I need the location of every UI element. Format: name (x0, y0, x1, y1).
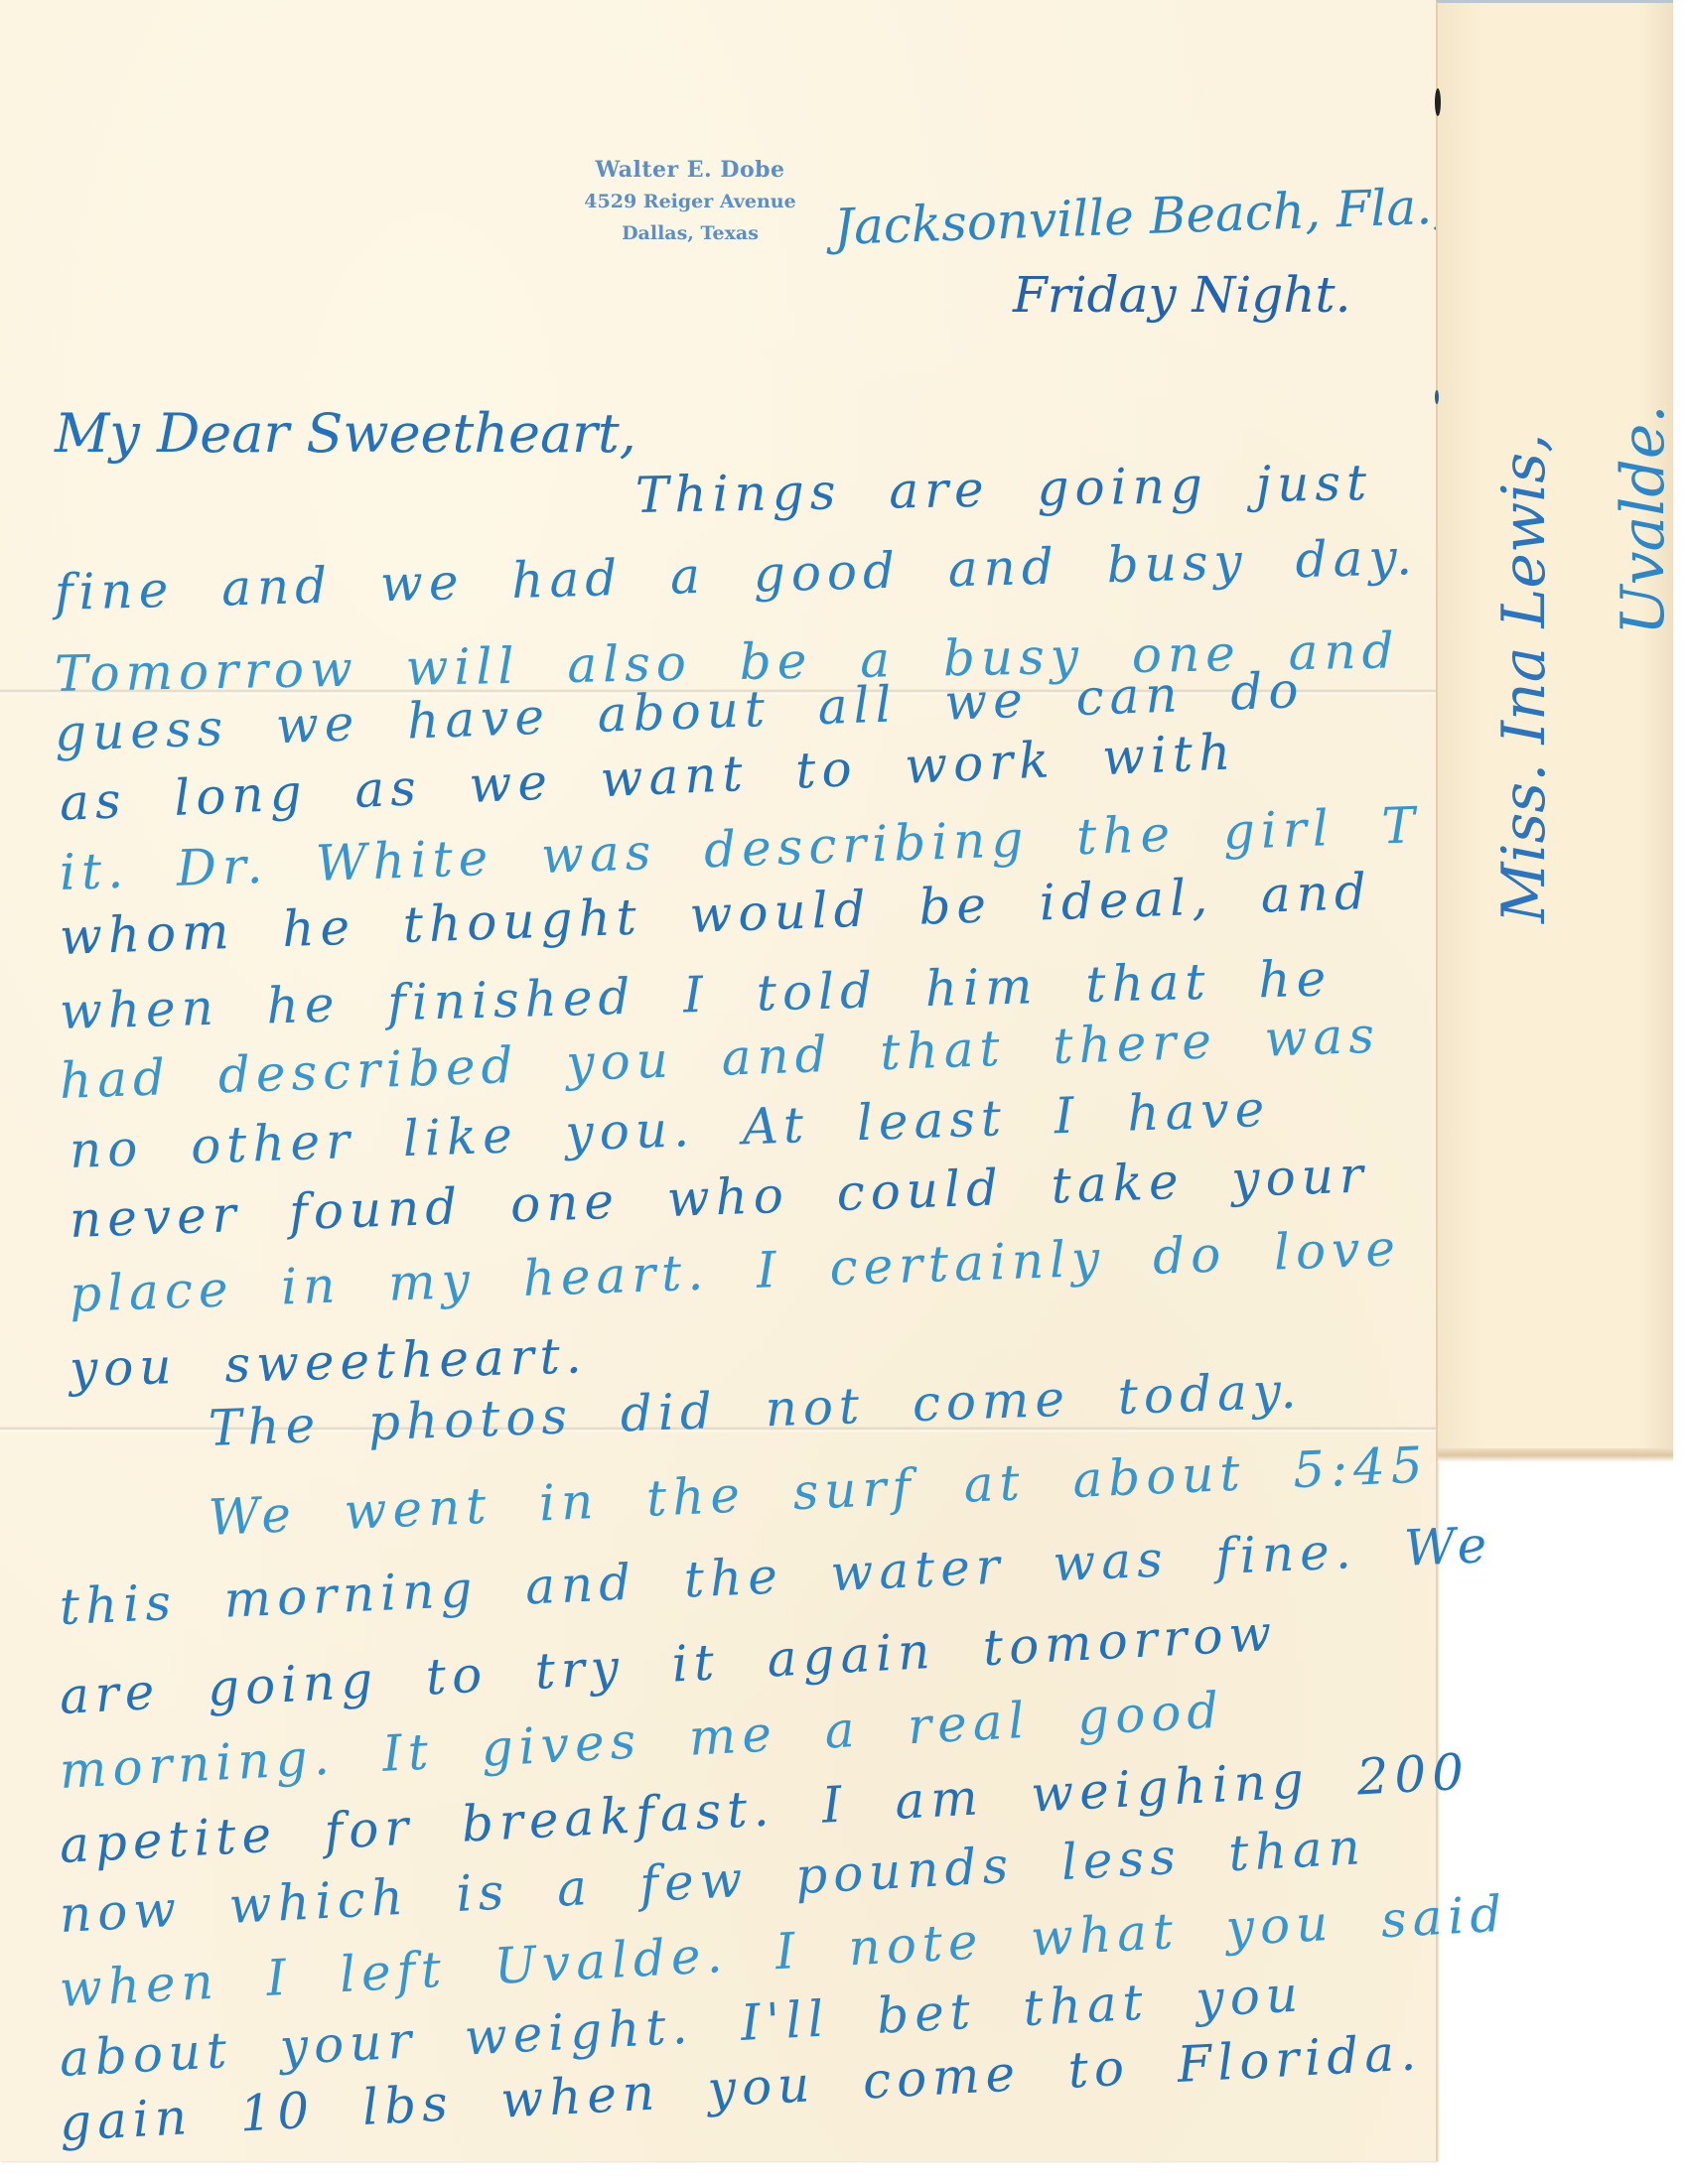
letterhead-name: Walter E. Dobe (561, 154, 819, 186)
body-line: you sweetheart. (69, 1326, 588, 1398)
letter-day: Friday Night. (1013, 266, 1350, 324)
recipient-town: Uvalde. (1609, 405, 1678, 635)
ink-blot (1435, 88, 1441, 116)
ink-mark (1435, 390, 1439, 404)
salutation: My Dear Sweetheart, (55, 402, 636, 465)
recipient-name: Miss. Ina Lewis, (1489, 434, 1559, 923)
torn-edge (1438, 1448, 1673, 1462)
letterhead-address: 4529 Reiger Avenue (561, 186, 819, 217)
letterhead: Walter E. Dobe 4529 Reiger Avenue Dallas… (561, 154, 819, 249)
letter-place: Jacksonville Beach, Fla., (833, 177, 1449, 256)
letterhead-city: Dallas, Texas (561, 217, 819, 249)
letter-sheet: Walter E. Dobe 4529 Reiger Avenue Dallas… (0, 0, 1438, 2161)
body-line: fine and we had a good and busy day. (54, 528, 1418, 621)
body-line: Things are going just (634, 454, 1372, 524)
